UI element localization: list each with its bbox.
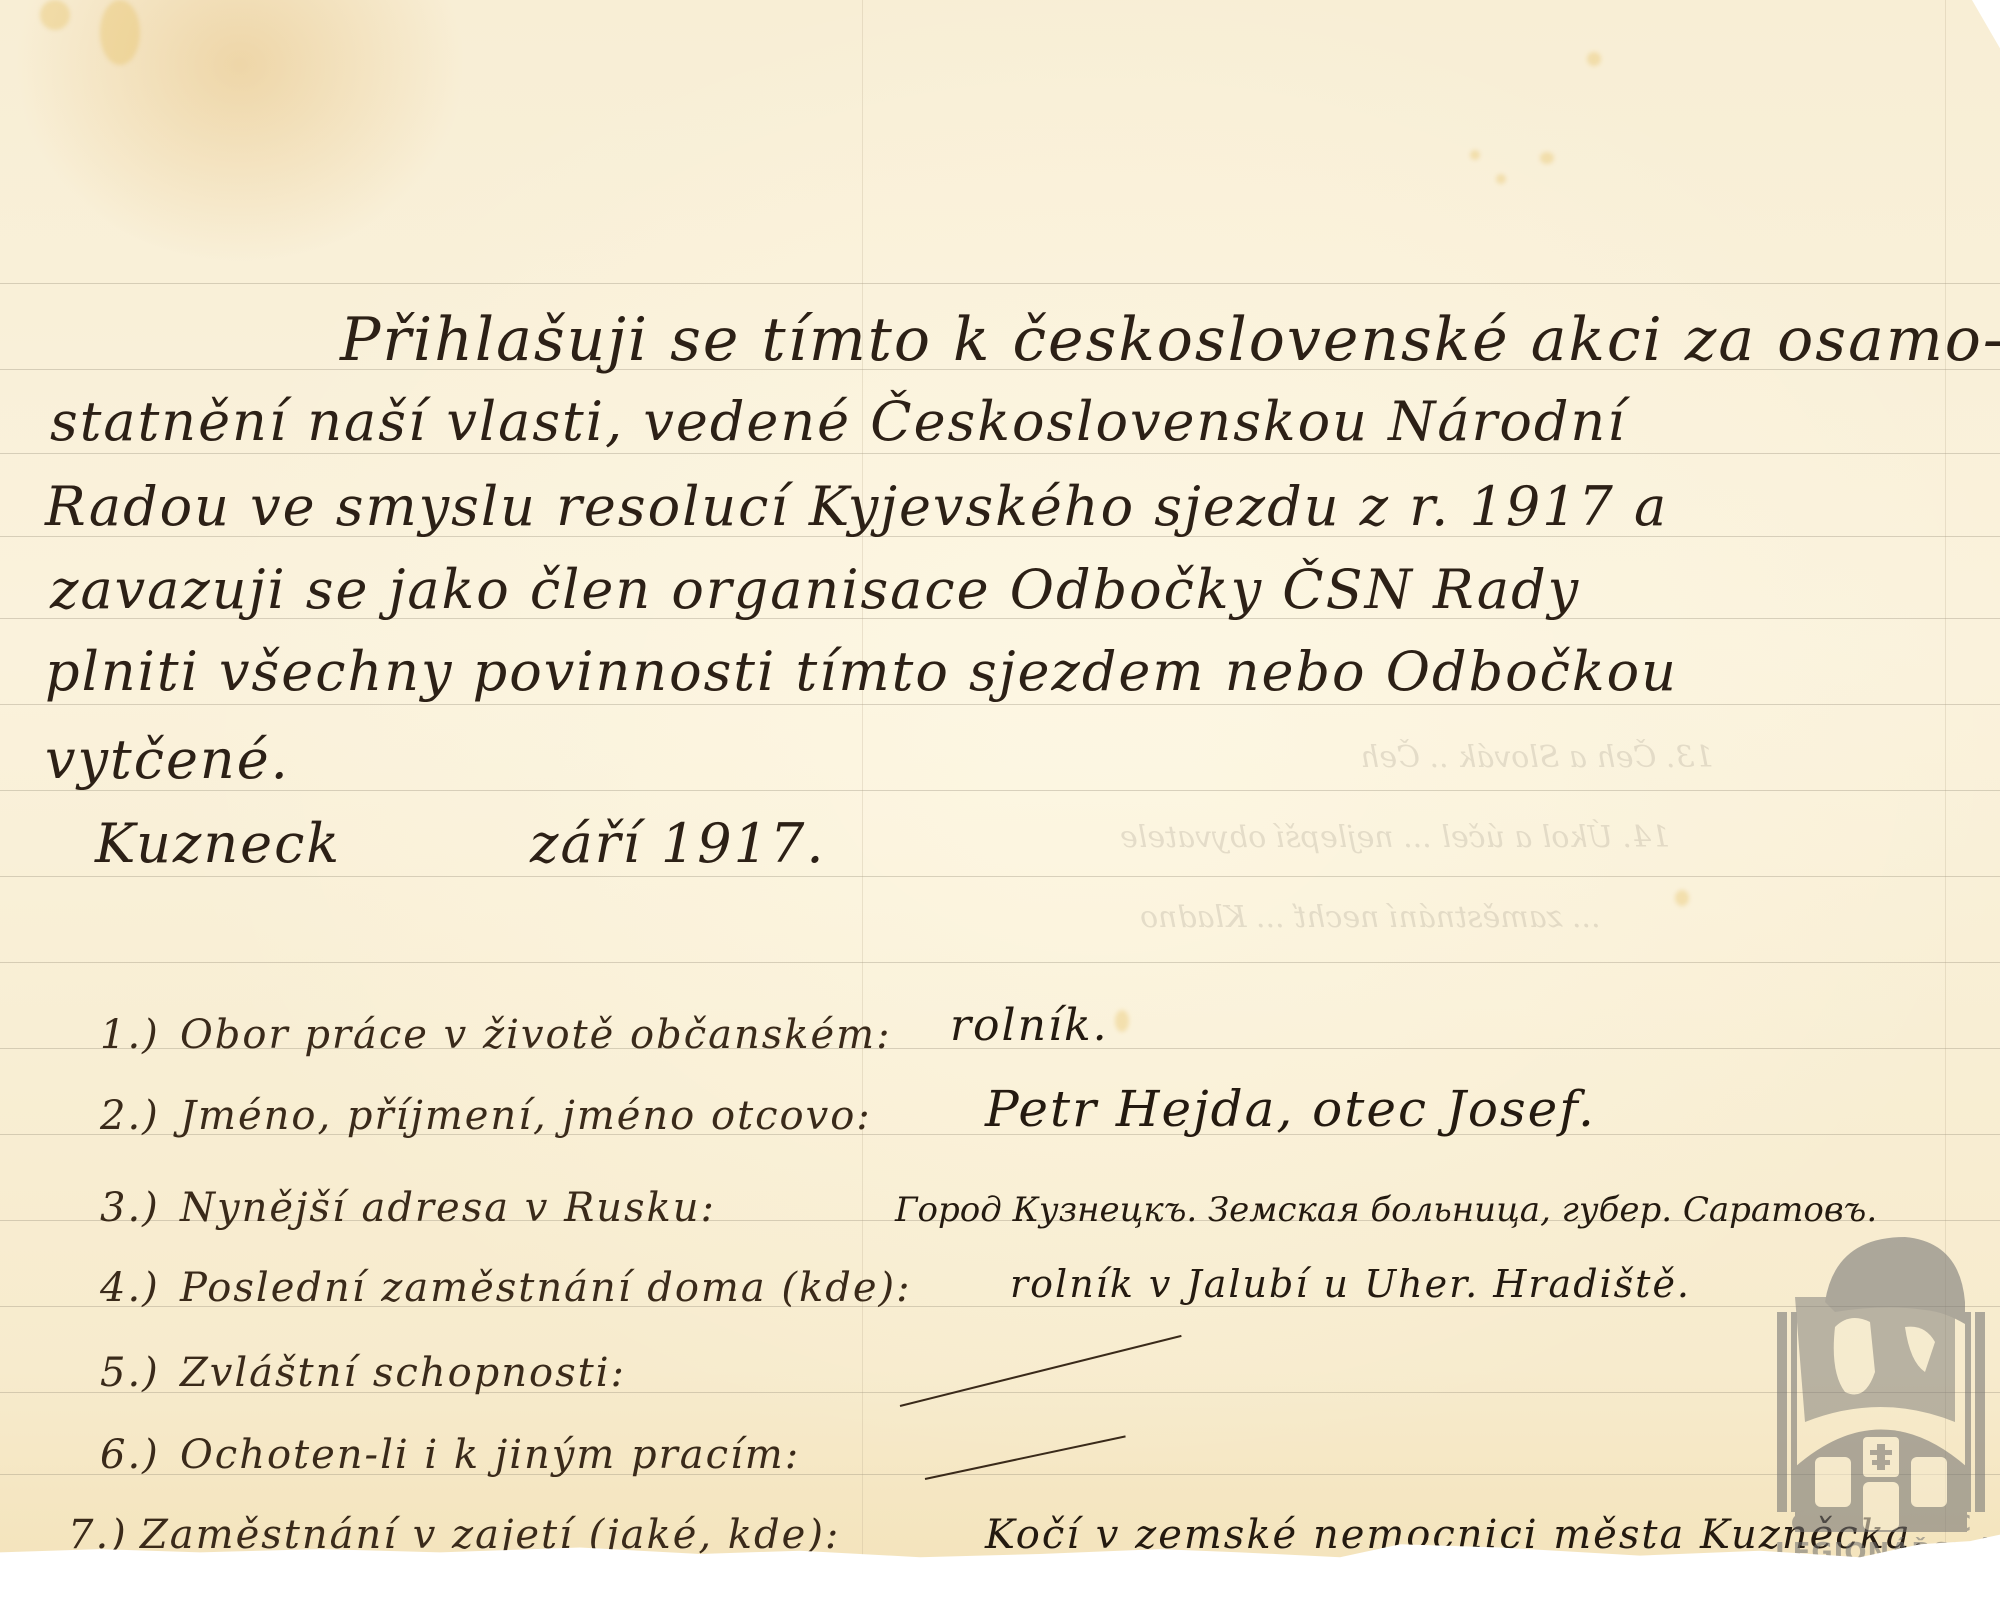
ruled-line bbox=[0, 962, 2000, 963]
empty-answer-stroke bbox=[900, 1335, 1182, 1407]
form-value-2: Petr Hejda, otec Josef. bbox=[985, 1080, 1596, 1138]
ruled-line bbox=[0, 283, 2000, 284]
paper-stain bbox=[1115, 1010, 1129, 1032]
form-number-6: 6.) bbox=[100, 1432, 160, 1478]
form-label-7: Zaměstnání v zajetí (jaké, kde): bbox=[140, 1512, 840, 1558]
paper-stain bbox=[1675, 890, 1689, 906]
body-line-5: plniti všechny povinnosti tímto sjezdem … bbox=[45, 640, 1678, 703]
paper-stain bbox=[1496, 174, 1506, 184]
watermark-text-legionarska: LEGIONÁŘSKÁ bbox=[1775, 1538, 1987, 1568]
csl-obec-legionarska-watermark: ČSL. OBEC LEGIONÁŘSKÁ bbox=[1775, 1232, 1987, 1578]
form-label-1: Obor práce v životě občanském: bbox=[180, 1012, 892, 1058]
form-number-5: 5.) bbox=[100, 1350, 160, 1396]
form-label-4: Poslední zaměstnání doma (kde): bbox=[180, 1265, 912, 1311]
form-number-2: 2.) bbox=[100, 1093, 160, 1139]
paper-stain bbox=[1540, 152, 1554, 164]
body-line-2: statnění naší vlasti, vedené Českosloven… bbox=[50, 390, 1626, 453]
body-line-1: Přihlašuji se tímto k československé akc… bbox=[340, 305, 2000, 375]
ruled-line bbox=[0, 453, 2000, 454]
bleed-through-text: ... zaměstnání nechť ... Kladno bbox=[1140, 900, 1601, 935]
place: Kuzneck bbox=[95, 812, 341, 875]
ruled-line bbox=[0, 876, 2000, 877]
form-value-4: rolník v Jalubí u Uher. Hradiště. bbox=[1010, 1262, 1691, 1306]
paper-stain bbox=[1587, 52, 1601, 66]
form-value-3: Город Кузнецкъ. Земская больница, губер.… bbox=[895, 1190, 1877, 1230]
form-label-2: Jméno, příjmení, jméno otcovo: bbox=[180, 1093, 872, 1139]
body-line-6: vytčené. bbox=[45, 728, 290, 791]
form-number-3: 3.) bbox=[100, 1185, 160, 1231]
form-number-7: 7.) bbox=[68, 1512, 128, 1558]
paper-stain bbox=[100, 0, 140, 65]
bleed-through-text: 13. Čeh a Slovák .. Čeh bbox=[1360, 740, 1714, 775]
form-number-1: 1.) bbox=[100, 1012, 160, 1058]
date: září 1917. bbox=[530, 812, 825, 875]
form-value-1: rolník. bbox=[950, 1000, 1109, 1051]
ruled-line bbox=[0, 704, 2000, 705]
form-label-3: Nynější adresa v Rusku: bbox=[180, 1185, 716, 1231]
bleed-through-text: 14. Úkol a účel ... nejlepší obyvatele bbox=[1120, 820, 1670, 855]
form-label-6: Ochoten-li i k jiným pracím: bbox=[180, 1432, 800, 1478]
legionnaire-emblem-icon bbox=[1775, 1232, 1987, 1532]
watermark-text-obec: OBEC bbox=[1904, 1512, 1971, 1537]
form-number-4: 4.) bbox=[100, 1265, 160, 1311]
document-page: 13. Čeh a Slovák .. Čeh 14. Úkol a účel … bbox=[0, 0, 2000, 1612]
paper-stain bbox=[1470, 150, 1480, 160]
watermark-text-csl: ČSL. bbox=[1791, 1512, 1846, 1537]
paper-stain bbox=[40, 0, 70, 30]
body-line-4: zavazuji se jako člen organisace Odbočky… bbox=[50, 558, 1580, 621]
paper-fold bbox=[862, 0, 863, 1560]
ruled-line bbox=[0, 790, 2000, 791]
body-line-3: Radou ve smyslu resolucí Kyjevského sjez… bbox=[45, 475, 1668, 538]
form-label-5: Zvláštní schopnosti: bbox=[180, 1350, 626, 1396]
